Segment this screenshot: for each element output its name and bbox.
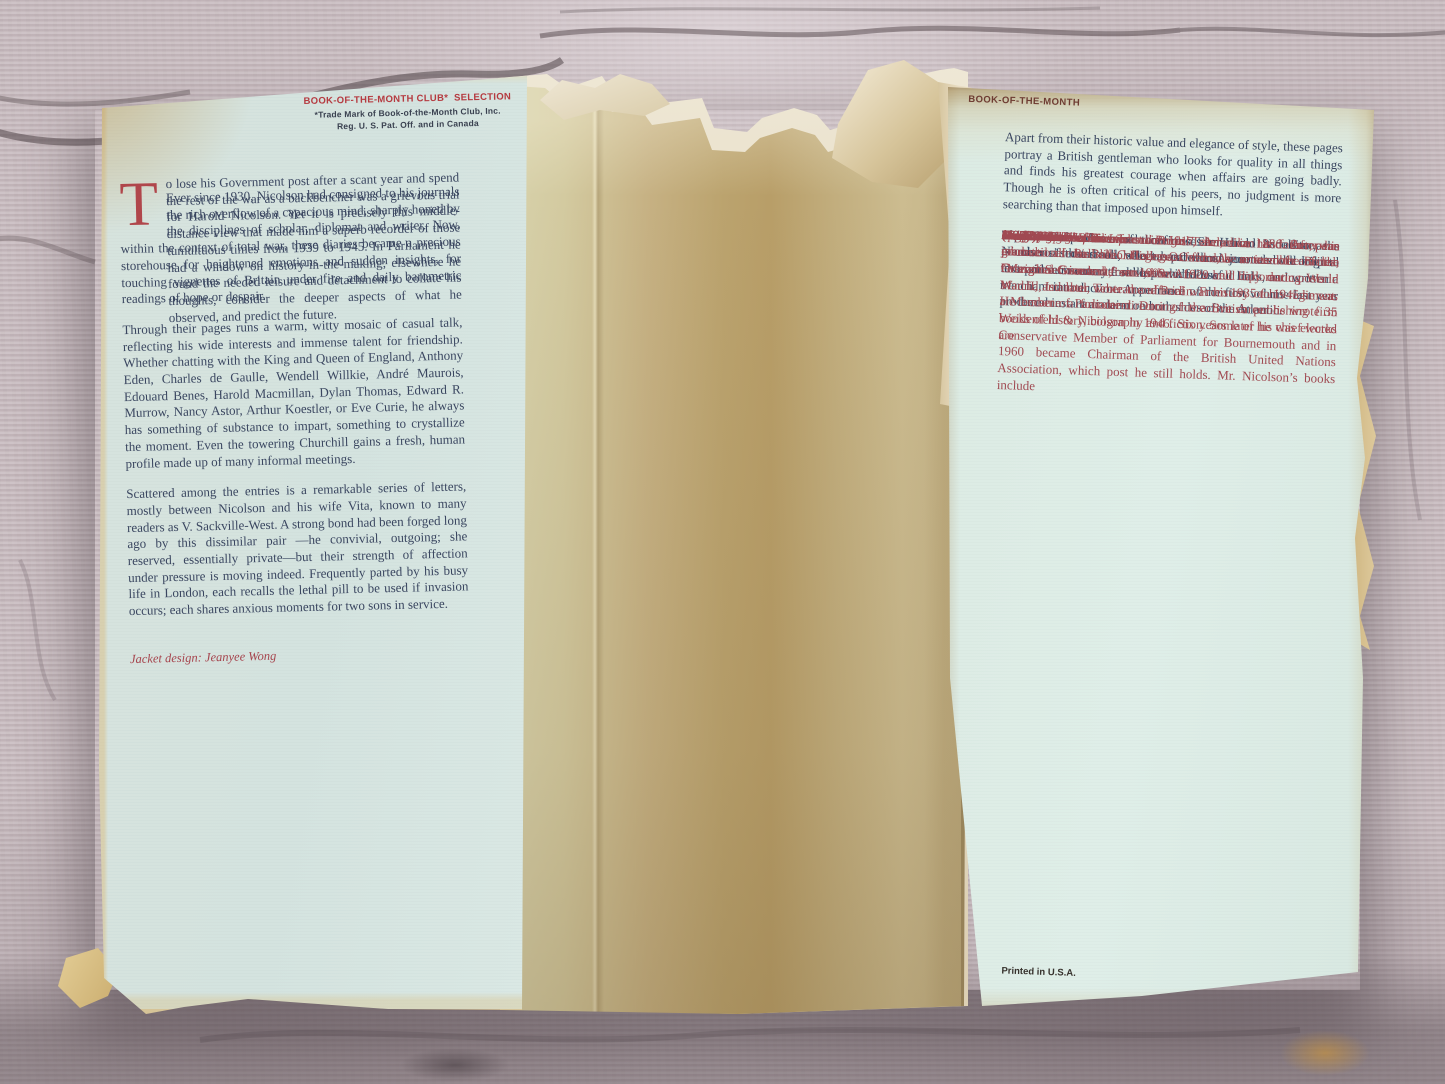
botm-header: BOOK-OF-THE-MONTH	[968, 94, 1080, 109]
flap-paragraph-1: To lose his Government post after a scan…	[119, 169, 459, 177]
blanket-dark-spot	[400, 1048, 510, 1082]
jacket-design-credit: Jacket design: Jeanyee Wong	[130, 644, 470, 667]
author-bio-nigel: Nigel Nicolson was born in 1917 and, lik…	[1002, 227, 1340, 238]
right-flap-content: BOOK-OF-THE-MONTH Apart from their histo…	[912, 77, 1381, 1027]
jacket-center-liner	[498, 66, 968, 1018]
flap-paragraph-5: Apart from their historic value and eleg…	[1003, 129, 1344, 224]
paragraph-text: o lose his Government post after a scant…	[166, 169, 463, 326]
printed-in-usa: Printed in U.S.A.	[1001, 965, 1076, 978]
photo-scene: BOOK-OF-THE-MONTH CLUB* SELECTION *Trade…	[0, 0, 1445, 1084]
blanket-stain	[1280, 1030, 1370, 1076]
left-flap-content: BOOK-OF-THE-MONTH CLUB* SELECTION *Trade…	[87, 64, 548, 1022]
flap-paragraph-3: Through their pages runs a warm, witty m…	[122, 314, 465, 472]
left-flap-panel: BOOK-OF-THE-MONTH CLUB* SELECTION *Trade…	[88, 68, 528, 1016]
left-flap-text: To lose his Government post after a scan…	[119, 169, 470, 679]
flap-paragraph-4: Scattered among the entries is a remarka…	[126, 479, 469, 620]
botm-selection-header: BOOK-OF-THE-MONTH CLUB* SELECTION *Trade…	[252, 89, 563, 134]
drop-cap: T	[119, 176, 167, 229]
right-flap-panel: BOOK-OF-THE-MONTH Apart from their histo…	[942, 78, 1380, 1014]
right-flap-text: Apart from their historic value and eleg…	[1002, 129, 1343, 238]
